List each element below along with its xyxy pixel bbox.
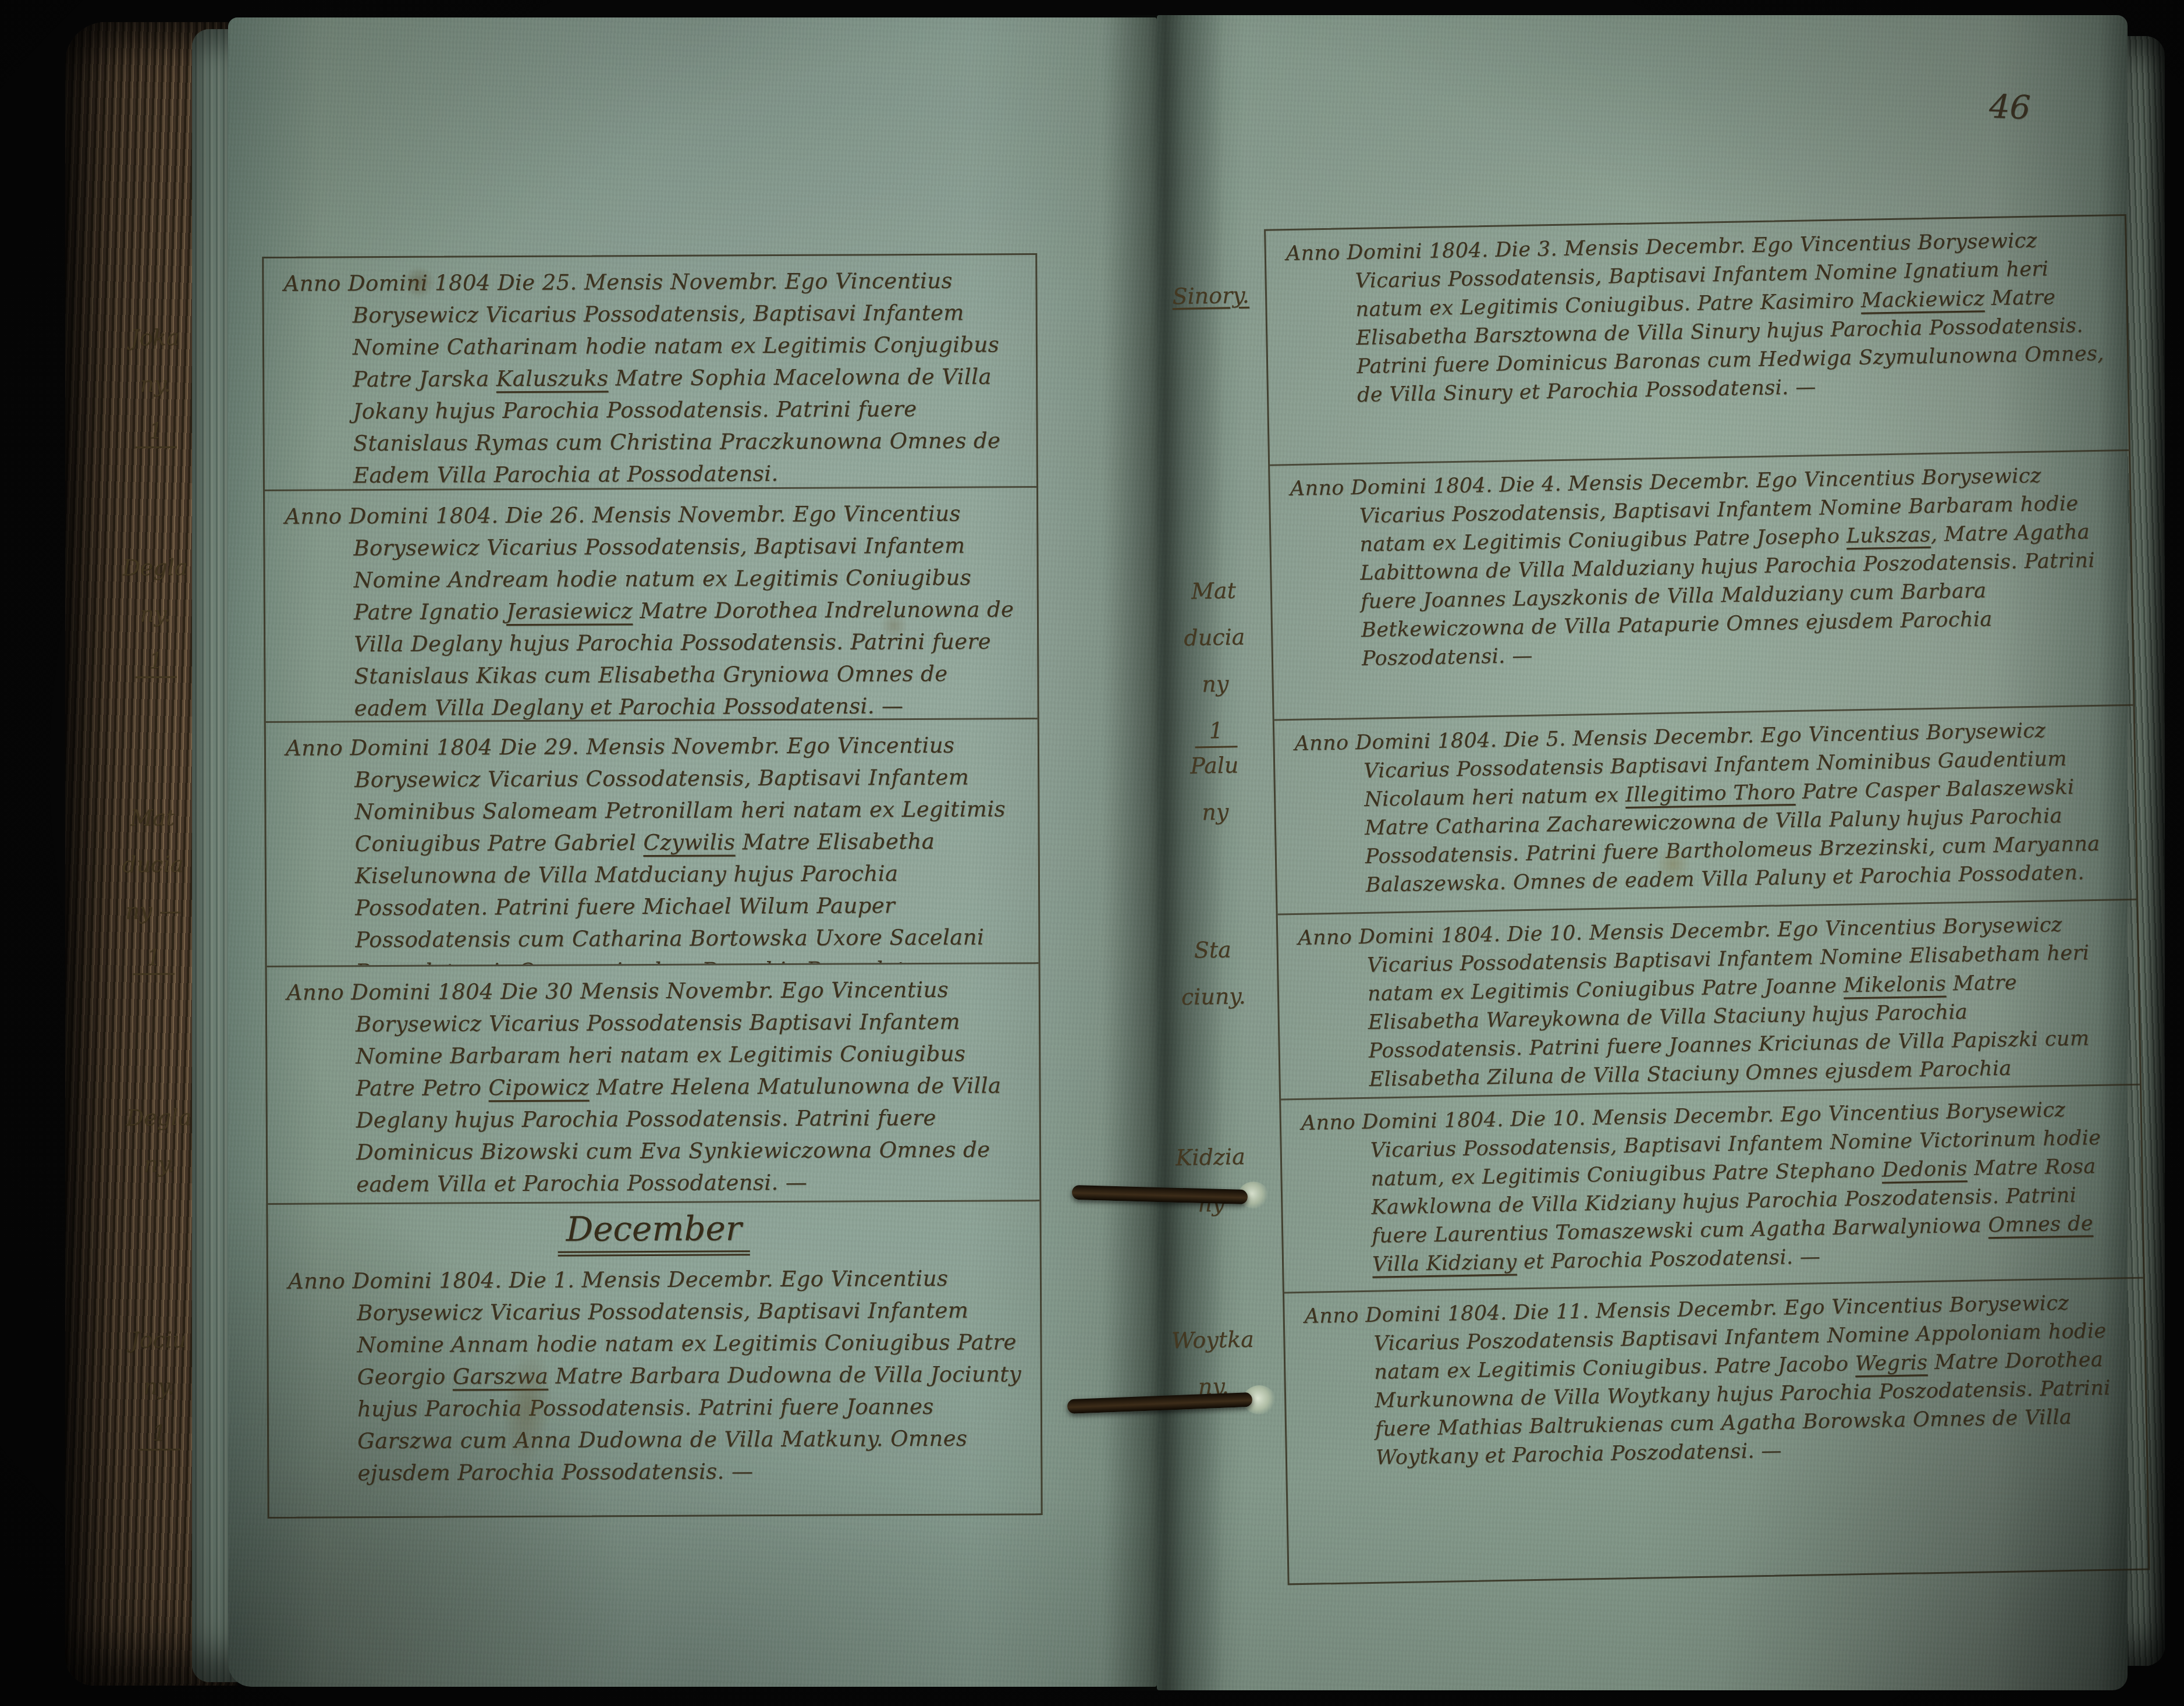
baptism-entry: Anno Domini 1804 Die 29. Mensis Novembr.… [266,719,1039,967]
baptism-entry: Anno Domini 1804. Die 4. Mensis Decembr.… [1270,451,2132,675]
baptism-entry: Anno Domini 1804 Die 30 Mensis Novembr. … [267,964,1040,1201]
baptism-entry: Anno Domini 1804. Die 3. Mensis Decembr.… [1266,216,2128,412]
baptism-entry: Anno Domini 1804. Die 10. Mensis Decembr… [1278,900,2140,1101]
record-row: Anno Domini 1804. Die 11. Mensis Decembr… [1284,1279,2148,1584]
margin-place-note: Staciuny. [1159,925,1268,1020]
margin-place-note: Kidziany [1156,1133,1266,1228]
margin-place-line: Joka [94,314,216,361]
margin-place-line: Palu [1160,741,1269,789]
gutter-shadow [1101,15,1224,1690]
record-row: Anno Domini 1804. Die 10. Mensis Decembr… [1278,900,2140,1101]
margin-place-line: ducia [1160,613,1269,661]
record-row: Anno Domini 1804. Die 26. Mensis Novembr… [265,488,1038,723]
baptism-entry: Anno Domini 1804. Die 26. Mensis Novembr… [265,488,1038,723]
month-header-december: December [268,1201,1039,1256]
margin-place-line: Kidzia [1156,1133,1265,1181]
margin-place-note: Matduciany1 [1159,566,1270,754]
margin-tally-mark: 1 [133,942,175,976]
month-header-text: December [558,1208,750,1256]
margin-place-line: Degla [97,1094,220,1141]
record-row: Anno Domini 1804. Die 10. Mensis Decembr… [1281,1086,2143,1294]
margin-place-line: ny [1161,788,1269,836]
baptism-entry: Anno Domini 1804. Die 10. Mensis Decembr… [1281,1086,2143,1281]
margin-place-line: ny. [98,1363,221,1410]
record-row: Anno Domini 1804. Die 3. Mensis Decembr.… [1266,216,2129,466]
margin-place-line: Degla [94,544,216,591]
record-row: Anno Domini 1804 Die 25. Mensis Novembr.… [264,255,1036,491]
margin-place-line: Sta [1159,925,1267,974]
margin-place-note: Deglany.1 [94,544,217,684]
margin-place-note: Sinory. [1156,271,1265,320]
page-number: 46 [1988,88,2031,127]
margin-place-line: Sinory. [1156,271,1265,320]
right-record-table: Anno Domini 1804. Die 3. Mensis Decembr.… [1264,214,2150,1586]
margin-tally-mark: 1 [138,1417,180,1451]
margin-place-line: Woytka [1159,1315,1267,1364]
margin-place-line: ny. [94,590,217,638]
record-row: Anno Domini 1804 Die 30 Mensis Novembr. … [267,964,1040,1205]
record-row: December Anno Domini 1804. Die 1. Mensis… [268,1201,1040,1517]
margin-place-line: ny — [92,887,215,935]
margin-place-note: Paluny [1160,741,1270,836]
book-photo: Anno Domini 1804 Die 25. Mensis Novembr.… [0,0,2184,1706]
baptism-entry: Anno Domini 1804. Die 5. Mensis Decembr.… [1274,706,2136,902]
margin-place-note: Jokany.1 [94,314,217,455]
baptism-entry: Anno Domini 1804. Die 11. Mensis Decembr… [1284,1279,2146,1474]
left-record-table: Anno Domini 1804 Die 25. Mensis Novembr.… [262,253,1042,1519]
margin-place-line: ducia [91,840,214,888]
margin-place-line: Mat [1159,566,1267,615]
margin-place-line: ny. [98,1140,221,1188]
margin-place-line: Jociu [97,1316,220,1364]
margin-place-line: Mat [91,794,214,842]
margin-place-line: ny [1161,659,1269,708]
baptism-entry: Anno Domini 1804 Die 25. Mensis Novembr.… [264,255,1036,491]
baptism-entry: Anno Domini 1804. Die 1. Mensis Decembr.… [268,1253,1041,1489]
record-row: Anno Domini 1804. Die 5. Mensis Decembr.… [1274,706,2137,916]
margin-place-line: ny. [94,360,217,408]
margin-tally-mark: 1 [134,415,177,449]
margin-place-line: ciuny. [1159,972,1267,1020]
margin-tally-mark: 1 [134,645,177,679]
margin-place-note: Jociuny.1 [97,1316,221,1457]
margin-place-note: Deglany. [97,1094,220,1188]
record-row: Anno Domini 1804 Die 29. Mensis Novembr.… [266,719,1039,967]
record-row: Anno Domini 1804. Die 4. Mensis Decembr.… [1270,451,2133,721]
margin-place-note: Matduciany —1 [91,794,215,981]
